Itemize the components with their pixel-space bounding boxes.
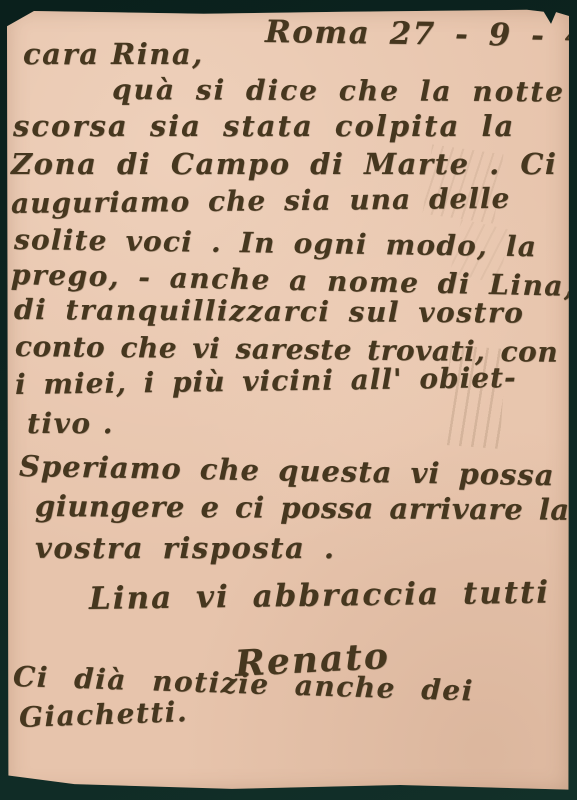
- body-line: Speriamo che questa vi possa: [19, 449, 555, 492]
- body-line: vostra risposta .: [35, 531, 336, 565]
- salutation-line: cara Rina,: [23, 37, 204, 71]
- closing-line: Lina vi abbraccia tutti: [89, 575, 551, 617]
- body-line: di tranquillizzarci sul vostro: [14, 293, 525, 330]
- body-line: tivo .: [27, 407, 114, 440]
- body-line: giungere e ci possa arrivare la: [35, 489, 570, 527]
- body-line: auguriamo che sia una delle: [11, 182, 511, 220]
- body-line: solite voci . In ogni modo, la: [14, 223, 538, 263]
- postscript-line: Giachetti.: [18, 695, 188, 734]
- postcard-paper: Roma 27 - 9 - 43 cara Rina, quà si dice …: [7, 9, 569, 792]
- body-line: Zona di Campo di Marte . Ci: [11, 147, 557, 181]
- body-line: scorsa sia stata colpita la: [13, 109, 515, 143]
- body-line: quà si dice che la notte: [112, 73, 565, 108]
- dateline: Roma 27 - 9 - 43: [265, 14, 577, 55]
- body-line: i miei, i più vicini all' obiet-: [15, 361, 517, 401]
- scanned-postcard-photo: Roma 27 - 9 - 43 cara Rina, quà si dice …: [0, 0, 577, 800]
